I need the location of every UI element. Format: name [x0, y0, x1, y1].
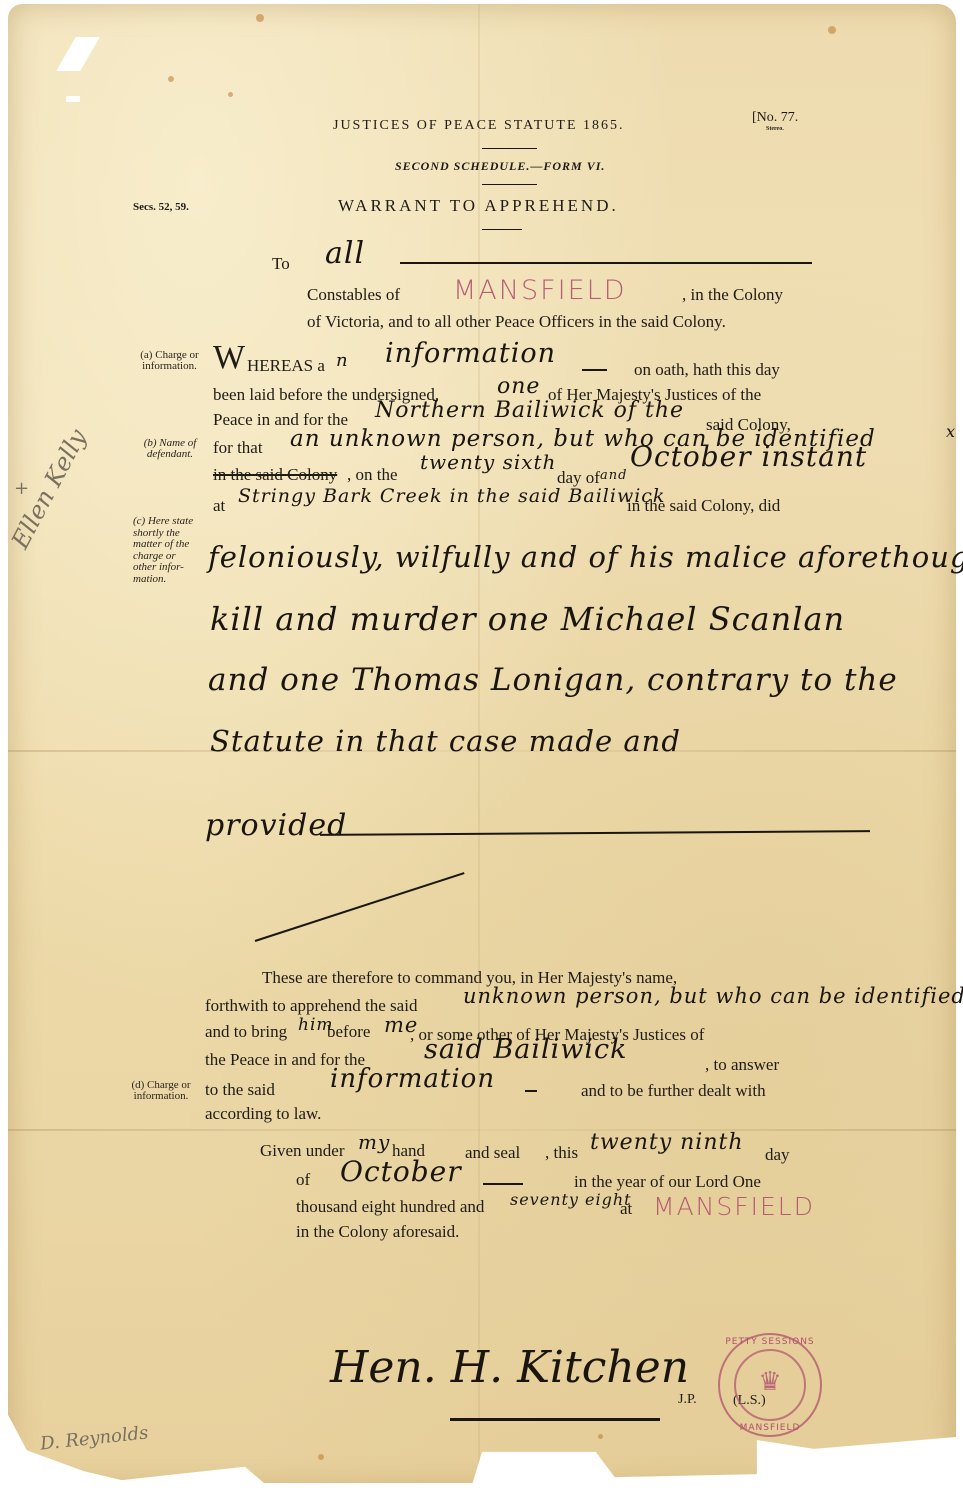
- given-line-3: thousand eight hundred and: [296, 1197, 484, 1217]
- margin-text: defendant.: [147, 448, 193, 460]
- an-hand: n: [336, 350, 349, 371]
- seal-top-text: PETTY SESSIONS: [720, 1337, 820, 1347]
- margin-marker: (c): [133, 515, 145, 527]
- at-label: at: [213, 496, 225, 516]
- sections-label: Secs. 52, 59.: [133, 201, 189, 213]
- place-handwritten: Stringy Bark Creek in the said Bailiwick: [238, 485, 665, 507]
- dash: [483, 1183, 523, 1185]
- address-line2: of Victoria, and to all other Peace Offi…: [307, 312, 726, 332]
- side-cross-mark: +: [14, 478, 29, 499]
- given-line-1d: , this: [545, 1143, 578, 1163]
- crown-icon: ♛: [720, 1367, 820, 1397]
- command-line-5-suffix: and to be further dealt with: [581, 1081, 766, 1101]
- charge-line-1: feloniously, wilfully and of his malice …: [208, 540, 963, 574]
- command-line-6: according to law.: [205, 1104, 321, 1124]
- jp-label: J.P.: [678, 1392, 697, 1408]
- my-handwritten: my: [358, 1130, 390, 1154]
- divider: [482, 229, 522, 230]
- schedule-subtitle: SECOND SCHEDULE.—FORM VI.: [395, 159, 605, 174]
- year-handwritten: seventy eight: [510, 1190, 632, 1209]
- foxing-spot: [318, 1454, 324, 1460]
- command-line-5: to the said: [205, 1080, 275, 1100]
- insert-and-handwritten: and: [600, 468, 627, 483]
- charge-handwritten: information: [385, 338, 556, 369]
- colony-suffix: , in the Colony: [682, 285, 783, 305]
- dash: [525, 1090, 537, 1092]
- margin-text: other infor-: [133, 561, 184, 573]
- dropcap: W: [213, 339, 245, 377]
- defendant-handwritten-2: unknown person, but who can be identifie…: [463, 984, 963, 1008]
- margin-text: shortly the: [133, 527, 180, 539]
- petty-sessions-seal: PETTY SESSIONS ♛ MANSFIELD: [718, 1333, 822, 1437]
- for-that: for that: [213, 438, 263, 458]
- margin-note-b: (b) Name of defendant.: [130, 438, 210, 460]
- form-number: [No. 77.: [752, 110, 798, 126]
- given-line-1a: Given under: [260, 1141, 345, 1161]
- divider: [482, 148, 537, 149]
- jp-signature: Hen. H. Kitchen: [330, 1342, 689, 1393]
- margin-note-a: (a) Charge or information.: [132, 350, 207, 372]
- command-line-4-suffix: , to answer: [705, 1055, 779, 1075]
- seal-bottom-text: MANSFIELD: [720, 1423, 820, 1433]
- horizontal-fold-lower: [8, 1129, 956, 1131]
- to-value-handwritten: all: [325, 236, 365, 271]
- constable-label: Constables of: [307, 285, 400, 305]
- whereas-text: HEREAS a: [247, 356, 325, 376]
- bailiwick-handwritten-2: said Bailiwick: [424, 1034, 628, 1065]
- given-at: at: [620, 1199, 632, 1219]
- to-line: [400, 262, 812, 264]
- statute-title: JUSTICES OF PEACE STATUTE 1865.: [333, 118, 625, 134]
- day-handwritten: twenty sixth: [420, 450, 556, 474]
- on-the: , on the: [347, 465, 398, 485]
- foxing-spot: [828, 26, 836, 34]
- margin-text: mation.: [133, 573, 166, 585]
- margin-note-c: (c) Here state shortly the matter of the…: [133, 516, 205, 585]
- one-handwritten: one: [497, 374, 540, 399]
- charge-line-2: kill and murder one Michael Scanlan: [210, 600, 845, 638]
- margin-text: Here state: [148, 515, 193, 527]
- form-title: WARRANT TO APPREHEND.: [338, 196, 619, 216]
- margin-text: matter of the: [133, 538, 189, 550]
- margin-note-d: (d) Charge or information.: [122, 1080, 200, 1102]
- charge-line-4: Statute in that case made and: [210, 724, 681, 758]
- stereo-label: Stereo.: [766, 126, 784, 132]
- charge-line-3: and one Thomas Lonigan, contrary to the: [208, 662, 898, 698]
- bailiwick-handwritten: Northern Bailiwick of the: [375, 398, 684, 423]
- month-handwritten: October instant: [630, 440, 867, 473]
- given-line-1c: and seal: [465, 1143, 520, 1163]
- information-handwritten: information: [330, 1064, 495, 1094]
- foxing-spot: [168, 76, 174, 82]
- day-handwritten-2: twenty ninth: [590, 1130, 744, 1155]
- command-line-3a: and to bring: [205, 1022, 287, 1042]
- foxing-spot: [598, 1434, 603, 1439]
- dash: [582, 369, 607, 371]
- given-line-4: in the Colony aforesaid.: [296, 1222, 459, 1242]
- command-line-3b: before: [327, 1022, 370, 1042]
- foxing-spot: [256, 14, 264, 22]
- divider: [482, 184, 537, 185]
- margin-text: information.: [142, 360, 197, 372]
- foxing-spot: [228, 92, 233, 97]
- oath-text: on oath, hath this day: [634, 360, 780, 380]
- signature-underline: [450, 1418, 660, 1421]
- in-colony-did: in the said Colony, did: [627, 496, 780, 516]
- margin-text: information.: [134, 1090, 189, 1102]
- to-label: To: [272, 254, 290, 274]
- margin-text: charge or: [133, 550, 176, 562]
- given-of: of: [296, 1170, 310, 1190]
- paper-tear: [66, 96, 80, 102]
- mansfield-stamp-2: MANSFIELD: [653, 1192, 815, 1221]
- struck-in-said-colony: in the said Colony: [213, 465, 337, 485]
- month-handwritten-2: October: [340, 1155, 462, 1188]
- paper-tear: [56, 37, 100, 71]
- mansfield-stamp: MANSFIELD: [453, 275, 627, 306]
- charge-line-5: provided: [205, 808, 347, 843]
- given-line-1e: day: [765, 1145, 790, 1165]
- given-line-2-suffix: in the year of our Lord One: [574, 1172, 761, 1192]
- right-cross-mark: x: [946, 422, 956, 441]
